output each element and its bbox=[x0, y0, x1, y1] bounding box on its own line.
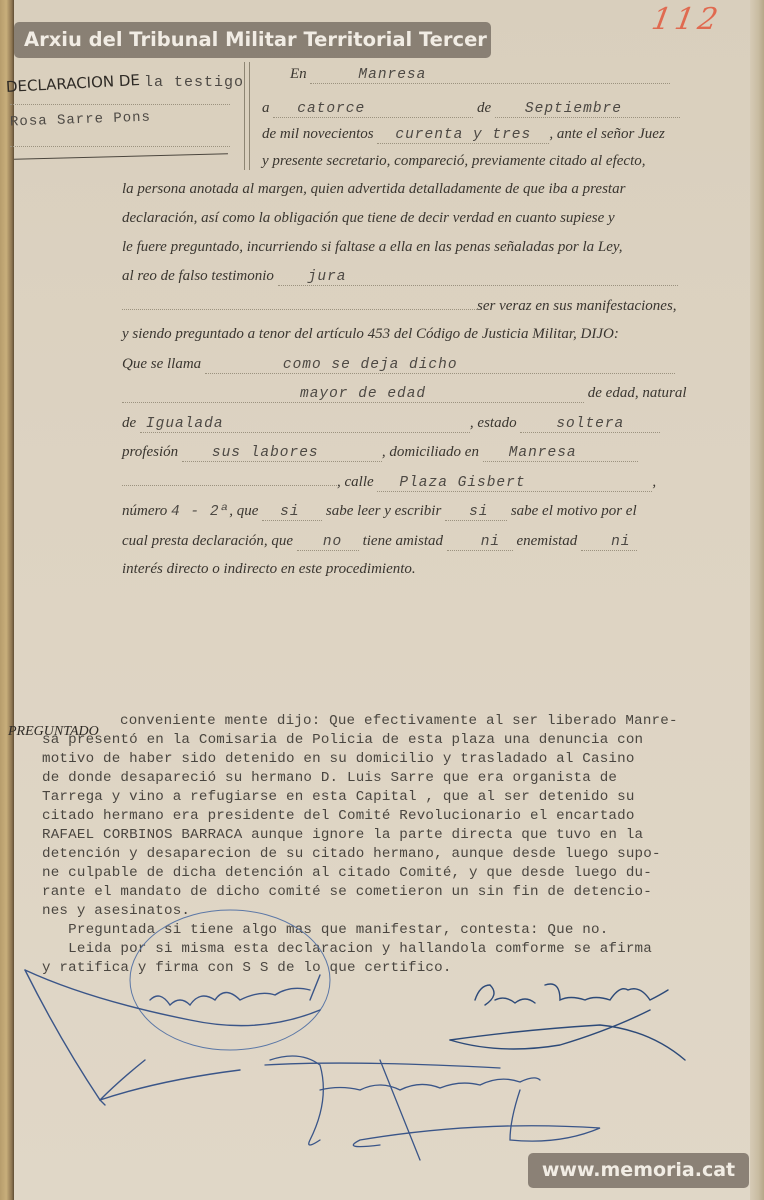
document-page: 112 Arxiu del Tribunal Militar Territori… bbox=[0, 0, 764, 1200]
signatures-drawing bbox=[0, 0, 764, 1200]
witness-signature-icon bbox=[450, 984, 685, 1060]
judge-signature-icon bbox=[25, 910, 330, 1105]
site-watermark: www.memoria.cat bbox=[528, 1153, 749, 1188]
secretary-signature-icon bbox=[265, 1056, 600, 1160]
